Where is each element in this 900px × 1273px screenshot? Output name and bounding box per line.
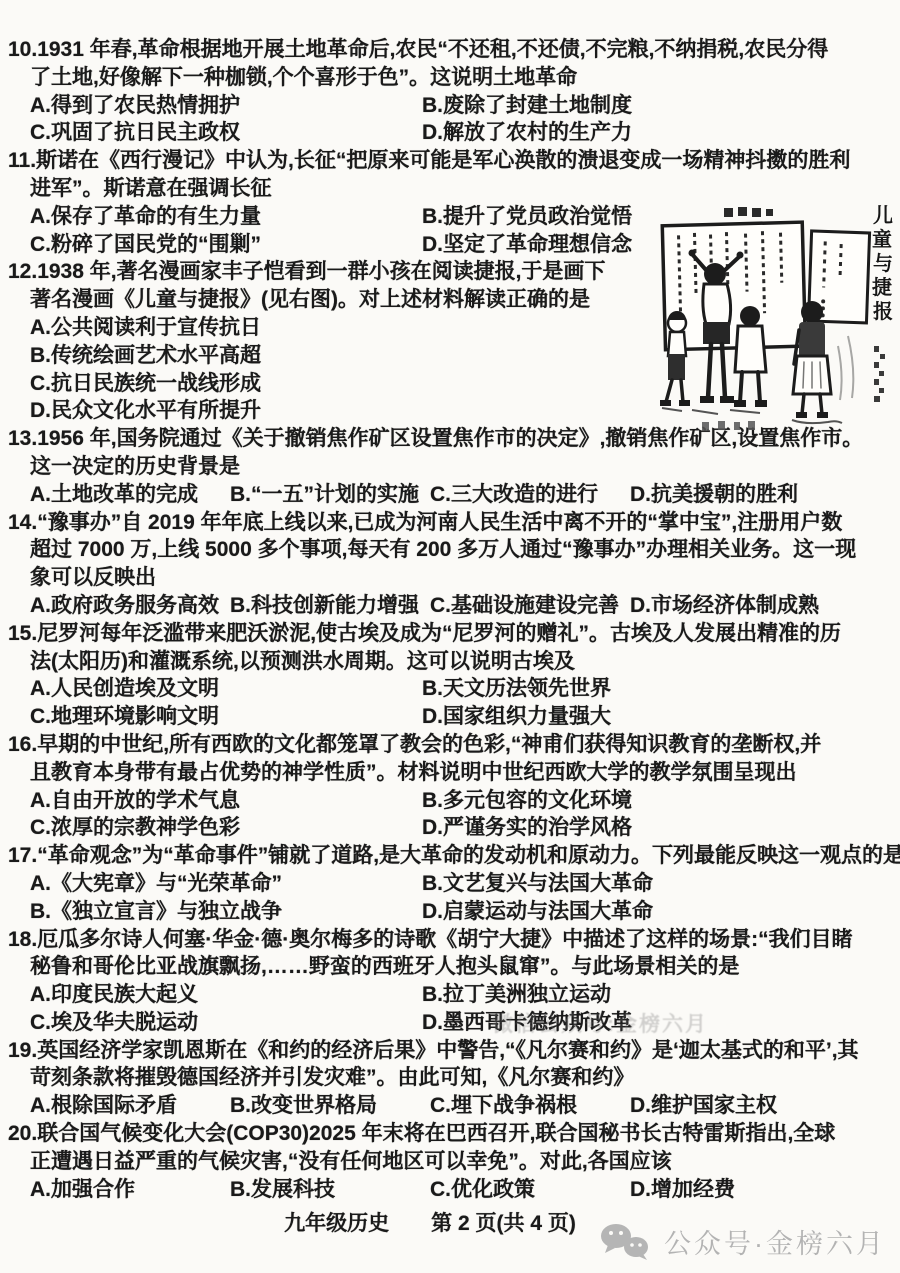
question-stem-line: 正遭遇日益严重的气候灾害,“没有任何地区可以幸免”。对此,各国应该 bbox=[0, 1148, 900, 1176]
option-c: C.埋下战争祸根 bbox=[430, 1092, 630, 1120]
options-row: A.根除国际矛盾 B.改变世界格局 C.埋下战争祸根 D.维护国家主权 bbox=[0, 1092, 900, 1120]
question-number: 13. bbox=[8, 427, 37, 450]
footer-page-number: 第 2 页(共 4 页) bbox=[431, 1212, 576, 1235]
question-stem-line: 秘鲁和哥伦比亚战旗飘扬,……野蛮的西班牙人抱头鼠窜”。与此场景相关的是 bbox=[0, 953, 900, 981]
option-b: B.发展科技 bbox=[230, 1176, 430, 1204]
option-d: D.启蒙运动与法国大革命 bbox=[422, 898, 900, 926]
question-number: 14. bbox=[8, 511, 37, 534]
option-a: A.人民创造埃及文明 bbox=[30, 675, 422, 703]
question-stem-line: 象可以反映出 bbox=[0, 564, 900, 592]
question-19: 19.英国经济学家凯恩斯在《和约的经济后果》中警告,“《凡尔赛和约》是‘迦太基式… bbox=[0, 1037, 900, 1120]
option-c: C.浓厚的宗教神学色彩 bbox=[30, 814, 422, 842]
cartoon-children-and-victory-report: 儿 童 与 捷 报 bbox=[652, 196, 894, 438]
question-18: 18.厄瓜多尔诗人何塞·华金·德·奥尔梅多的诗歌《胡宁大捷》中描述了这样的场景:… bbox=[0, 926, 900, 1037]
option-a: A.根除国际矛盾 bbox=[30, 1092, 230, 1120]
stem-text: 尼罗河每年泛滥带来肥沃淤泥,使古埃及成为“尼罗河的赠礼”。古埃及人发展出精准的历 bbox=[37, 622, 841, 645]
stem-text: 早期的中世纪,所有西欧的文化都笼罩了教会的色彩,“神甫们获得知识教育的垄断权,并 bbox=[37, 733, 821, 756]
question-number: 19. bbox=[8, 1039, 37, 1062]
question-number: 16. bbox=[8, 733, 37, 756]
question-number: 20. bbox=[8, 1122, 37, 1145]
options-grid: A.自由开放的学术气息 B.多元包容的文化环境 C.浓厚的宗教神学色彩 D.严谨… bbox=[0, 787, 900, 843]
question-stem-line: 超过 7000 万,上线 5000 多个事项,每天有 200 多万人通过“豫事办… bbox=[0, 536, 900, 564]
question-stem-line: 20.联合国气候变化大会(COP30)2025 年末将在巴西召开,联合国秘书长古… bbox=[0, 1120, 900, 1148]
option-b: B.拉丁美洲独立运动 bbox=[422, 981, 900, 1009]
footer-subject: 九年级历史 bbox=[284, 1212, 389, 1235]
stem-text: 1938 年,著名漫画家丰子恺看到一群小孩在阅读捷报,于是画下 bbox=[37, 260, 605, 283]
option-a: A.印度民族大起义 bbox=[30, 981, 422, 1009]
option-c: C.优化政策 bbox=[430, 1176, 630, 1204]
stem-text: 厄瓜多尔诗人何塞·华金·德·奥尔梅多的诗歌《胡宁大捷》中描述了这样的场景:“我们… bbox=[37, 928, 852, 951]
question-stem-line: 10.1931 年春,革命根据地开展土地革命后,农民“不还租,不还债,不完粮,不… bbox=[0, 36, 900, 64]
question-15: 15.尼罗河每年泛滥带来肥沃淤泥,使古埃及成为“尼罗河的赠礼”。古埃及人发展出精… bbox=[0, 620, 900, 731]
question-stem-line: 了土地,好像解下一种枷锁,个个喜形于色”。这说明土地革命 bbox=[0, 64, 900, 92]
stem-text: 斯诺在《西行漫记》中认为,长征“把原来可能是军心涣散的溃退变成一场精神抖擞的胜利 bbox=[36, 149, 850, 172]
question-20: 20.联合国气候变化大会(COP30)2025 年末将在巴西召开,联合国秘书长古… bbox=[0, 1120, 900, 1203]
question-stem-line: 苛刻条款将摧毁德国经济并引发灾难”。由此可知,《凡尔赛和约》 bbox=[0, 1064, 900, 1092]
question-stem-line: 这一决定的历史背景是 bbox=[0, 453, 900, 481]
svg-text:捷: 捷 bbox=[872, 275, 892, 299]
question-17: 17.“革命观念”为“革命事件”铺就了道路,是大革命的发动机和原动力。下列最能反… bbox=[0, 842, 900, 925]
option-c: C.基础设施建设完善 bbox=[430, 592, 630, 620]
options-row: A.土地改革的完成 B.“一五”计划的实施 C.三大改造的进行 D.抗美援朝的胜… bbox=[0, 481, 900, 509]
question-number: 17. bbox=[8, 844, 37, 867]
wechat-icon bbox=[600, 1223, 652, 1261]
stem-text: “革命观念”为“革命事件”铺就了道路,是大革命的发动机和原动力。下列最能反映这一… bbox=[37, 844, 900, 867]
option-a: A.政府政务服务高效 bbox=[30, 592, 230, 620]
stem-text: “豫事办”自 2019 年年底上线以来,已成为河南人民生活中离不开的“掌中宝”,… bbox=[37, 511, 842, 534]
option-b: B.文艺复兴与法国大革命 bbox=[422, 870, 900, 898]
option-b: B.改变世界格局 bbox=[230, 1092, 430, 1120]
option-c: C.埃及华夫脱运动 bbox=[30, 1009, 422, 1037]
question-number: 10. bbox=[8, 38, 37, 61]
question-stem-line: 19.英国经济学家凯恩斯在《和约的经济后果》中警告,“《凡尔赛和约》是‘迦太基式… bbox=[0, 1037, 900, 1065]
option-c: B.《独立宣言》与独立战争 bbox=[30, 898, 422, 926]
question-number: 12. bbox=[8, 260, 37, 283]
option-a: A.土地改革的完成 bbox=[30, 481, 230, 509]
option-d: D.严谨务实的治学风格 bbox=[422, 814, 900, 842]
option-a: A.保存了革命的有生力量 bbox=[30, 203, 422, 231]
option-b: B.科技创新能力增强 bbox=[230, 592, 430, 620]
question-stem-line: 16.早期的中世纪,所有西欧的文化都笼罩了教会的色彩,“神甫们获得知识教育的垄断… bbox=[0, 731, 900, 759]
question-stem-line: 法(太阳历)和灌溉系统,以预测洪水周期。这可以说明古埃及 bbox=[0, 648, 900, 676]
svg-text:童: 童 bbox=[872, 227, 892, 251]
svg-text:报: 报 bbox=[873, 299, 893, 323]
options-grid: A.人民创造埃及文明 B.天文历法领先世界 C.地理环境影响文明 D.国家组织力… bbox=[0, 675, 900, 731]
question-stem-line: 11.斯诺在《西行漫记》中认为,长征“把原来可能是军心涣散的溃退变成一场精神抖擞… bbox=[0, 147, 900, 175]
watermark-text: 公众号·金榜六月 bbox=[664, 1222, 886, 1261]
option-a: A.得到了农民热情拥护 bbox=[30, 92, 422, 120]
question-14: 14.“豫事办”自 2019 年年底上线以来,已成为河南人民生活中离不开的“掌中… bbox=[0, 509, 900, 620]
option-c: C.粉碎了国民党的“围剿” bbox=[30, 231, 422, 259]
stem-text: 1931 年春,革命根据地开展土地革命后,农民“不还租,不还债,不完粮,不纳捐税… bbox=[37, 38, 828, 61]
option-c: C.巩固了抗日民主政权 bbox=[30, 119, 422, 147]
svg-text:儿: 儿 bbox=[873, 204, 893, 227]
question-stem-line: 15.尼罗河每年泛滥带来肥沃淤泥,使古埃及成为“尼罗河的赠礼”。古埃及人发展出精… bbox=[0, 620, 900, 648]
options-row: A.政府政务服务高效 B.科技创新能力增强 C.基础设施建设完善 D.市场经济体… bbox=[0, 592, 900, 620]
option-d: D.抗美援朝的胜利 bbox=[630, 481, 798, 509]
option-b: B.废除了封建土地制度 bbox=[422, 92, 900, 120]
cartoon-caption-marks bbox=[702, 421, 755, 431]
question-number: 11. bbox=[8, 149, 36, 172]
option-d: D.市场经济体制成熟 bbox=[630, 592, 819, 620]
question-16: 16.早期的中世纪,所有西欧的文化都笼罩了教会的色彩,“神甫们获得知识教育的垄断… bbox=[0, 731, 900, 842]
option-d: D.解放了农村的生产力 bbox=[422, 119, 900, 147]
option-a: A.《大宪章》与“光荣革命” bbox=[30, 870, 422, 898]
options-grid: A.得到了农民热情拥护 B.废除了封建土地制度 C.巩固了抗日民主政权 D.解放… bbox=[0, 92, 900, 148]
exam-page: 10.1931 年春,革命根据地开展土地革命后,农民“不还租,不还债,不完粮,不… bbox=[0, 0, 900, 1273]
option-b: B.“一五”计划的实施 bbox=[230, 481, 430, 509]
watermark-faint: 微信公众号:金榜六月 bbox=[492, 1008, 708, 1038]
options-row: A.加强合作 B.发展科技 C.优化政策 D.增加经费 bbox=[0, 1176, 900, 1204]
option-d: D.增加经费 bbox=[630, 1176, 735, 1204]
stem-text: 英国经济学家凯恩斯在《和约的经济后果》中警告,“《凡尔赛和约》是‘迦太基式的和平… bbox=[37, 1039, 858, 1062]
cartoon-title-vertical: 儿 童 与 捷 报 bbox=[872, 204, 893, 323]
option-a: A.加强合作 bbox=[30, 1176, 230, 1204]
question-number: 15. bbox=[8, 622, 37, 645]
cartoon-signature-marks bbox=[874, 346, 885, 402]
option-a: A.自由开放的学术气息 bbox=[30, 787, 422, 815]
question-number: 18. bbox=[8, 928, 37, 951]
options-grid: A.印度民族大起义 B.拉丁美洲独立运动 C.埃及华夫脱运动 D.墨西哥卡德纳斯… bbox=[0, 981, 900, 1037]
option-c: C.三大改造的进行 bbox=[430, 481, 630, 509]
svg-text:与: 与 bbox=[873, 251, 893, 275]
question-stem-line: 17.“革命观念”为“革命事件”铺就了道路,是大革命的发动机和原动力。下列最能反… bbox=[0, 842, 900, 870]
option-b: B.天文历法领先世界 bbox=[422, 675, 900, 703]
option-c: C.地理环境影响文明 bbox=[30, 703, 422, 731]
question-stem-line: 且教育本身带有最占优势的神学性质”。材料说明中世纪西欧大学的教学氛围呈现出 bbox=[0, 759, 900, 787]
option-d: D.国家组织力量强大 bbox=[422, 703, 900, 731]
question-stem-line: 14.“豫事办”自 2019 年年底上线以来,已成为河南人民生活中离不开的“掌中… bbox=[0, 509, 900, 537]
question-stem-line: 18.厄瓜多尔诗人何塞·华金·德·奥尔梅多的诗歌《胡宁大捷》中描述了这样的场景:… bbox=[0, 926, 900, 954]
option-b: B.多元包容的文化环境 bbox=[422, 787, 900, 815]
cartoon-header-marks bbox=[724, 207, 773, 217]
stem-text: 联合国气候变化大会(COP30)2025 年末将在巴西召开,联合国秘书长古特雷斯… bbox=[37, 1122, 835, 1145]
watermark-wechat: 公众号·金榜六月 bbox=[600, 1222, 886, 1261]
question-10: 10.1931 年春,革命根据地开展土地革命后,农民“不还租,不还债,不完粮,不… bbox=[0, 36, 900, 147]
option-d: D.维护国家主权 bbox=[630, 1092, 777, 1120]
options-grid: A.《大宪章》与“光荣革命” B.文艺复兴与法国大革命 B.《独立宣言》与独立战… bbox=[0, 870, 900, 926]
